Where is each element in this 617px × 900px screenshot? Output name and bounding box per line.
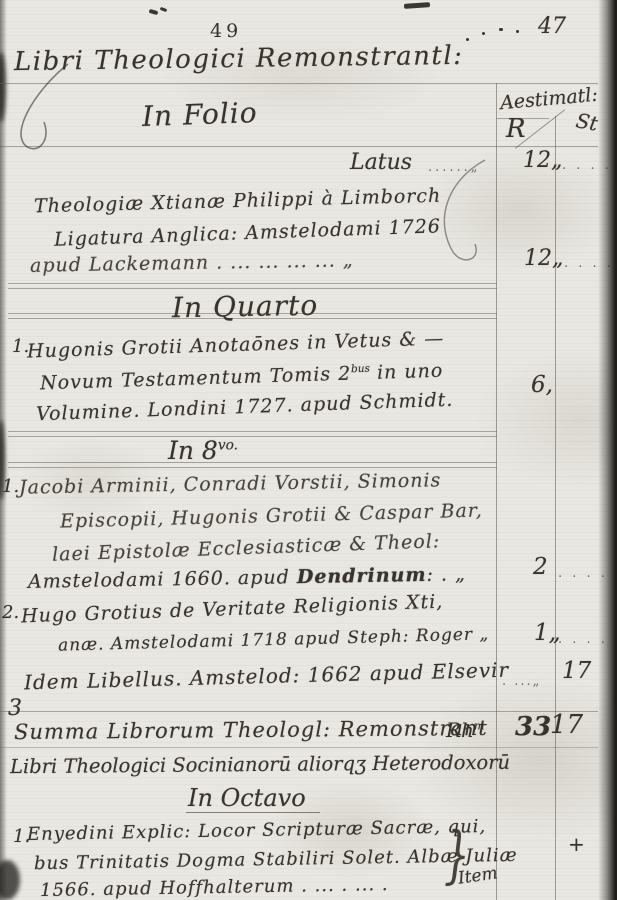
price-col-stuiver: St <box>574 108 600 135</box>
entry-trailing-dots: . . . . <box>558 566 608 581</box>
entry-line-text: Novum Testamentum Tomis 2 <box>40 363 352 395</box>
title-flourish <box>8 58 88 158</box>
scan-right-edge <box>598 0 617 900</box>
rule-above-quarto <box>8 283 497 284</box>
entry-number: 2. <box>2 602 19 623</box>
rule-above-octavo-small-2 <box>8 436 497 437</box>
pen-folio-number: 47 <box>538 14 566 39</box>
entry-number: 1. <box>2 476 19 497</box>
section-subtitle-heterodox: Libri Theologici Socinianorū aliorqʒ Het… <box>10 751 510 778</box>
entry-trailing-dots: . . . . <box>564 256 614 271</box>
publisher-name: Dendrinum <box>297 564 427 588</box>
superscript: vo. <box>218 438 238 454</box>
entry-price-r: 12„ <box>524 246 563 271</box>
entry-line: Jacobi Arminii, Conradi Vorstii, Simonis <box>19 469 442 498</box>
superscript: m <box>474 719 484 732</box>
entry-price-r: 6, <box>531 372 553 398</box>
entry-line-text: Amstelodami 1660. apud <box>28 566 297 593</box>
entry-line: Novum Testamentum Tomis 2bus in uno <box>40 360 444 395</box>
entry-line: Ligatura Anglica: Amstelodami 1726 <box>54 215 442 250</box>
scan-artifact <box>482 32 485 35</box>
entry-trailing-dots: . . . . <box>558 632 608 647</box>
scan-artifact <box>404 2 430 9</box>
scan-artifact <box>160 7 168 12</box>
summa-currency: Rhm <box>446 718 484 742</box>
entry-leader-dots: . ...„ <box>502 674 541 689</box>
entry-line: Theologiæ Xtianæ Philippi à Limborch <box>34 185 442 218</box>
entry-line: Volumine. Londini 1727. apud Schmidt. <box>36 389 454 426</box>
rule-above-quarto-2 <box>8 288 497 289</box>
entry-price-r: 2 <box>533 554 548 580</box>
entry-line-text: : . „ <box>426 563 466 586</box>
latus-price-r: 12„ <box>523 148 562 173</box>
scan-artifact <box>499 28 503 31</box>
latus-trailing-dots: . . . . <box>562 158 612 173</box>
octavo-heading-underline <box>186 812 320 813</box>
summa-price-r: 33 <box>515 712 551 742</box>
section-heading-octavo-small: In 8vo. <box>168 436 238 465</box>
entry-line: Idem Libellus. Amstelod: 1662 apud Elsev… <box>24 658 510 695</box>
entry-line: 1566. apud Hoffhalterum . ... . ... . <box>40 874 389 900</box>
entry-number: 3 <box>8 696 22 721</box>
entry-price-r: 1„ <box>534 620 561 646</box>
entry-line: Episcopii, Hugonis Grotii & Caspar Bar, <box>60 499 483 532</box>
rule-above-octavo-small <box>8 431 497 432</box>
rule-below-octavo-small <box>8 462 497 463</box>
price-column-rule <box>496 83 497 900</box>
entry-line: Hugo Grotius de Veritate Religionis Xti, <box>21 591 444 628</box>
currency-text: Rh <box>446 718 474 742</box>
section-heading-octavo: In Octavo <box>188 784 306 812</box>
entry-line: laei Epistolæ Ecclesiasticæ & Theol: <box>52 530 441 566</box>
scan-artifact <box>0 860 20 900</box>
superscript: bus <box>351 363 370 376</box>
scan-artifact <box>516 30 519 33</box>
latus-label: Latus <box>350 150 412 175</box>
section-heading-folio: In Folio <box>141 96 258 133</box>
summa-label: Summa Librorum Theologl: Remonstrant <box>14 716 488 744</box>
rule-below-summa <box>0 747 598 748</box>
entry-line: apud Lackemann . ... ... ... ... „ <box>30 249 354 277</box>
summa-price-st: 17 <box>550 710 583 740</box>
scan-artifact <box>466 38 469 41</box>
rule-below-octavo-small-2 <box>8 467 497 468</box>
heading-text: In 8 <box>168 436 218 465</box>
rule-above-summa <box>0 711 598 712</box>
entry-price-mark: + <box>568 832 585 856</box>
entry-line: Enyedini Explic: Locor Scripturæ Sacræ, … <box>27 816 487 845</box>
catchword: Item <box>457 863 499 888</box>
entry-price-st: 17 <box>562 658 591 684</box>
section-heading-quarto: In Quarto <box>172 289 319 325</box>
entry-line-text: in uno <box>370 360 444 384</box>
printed-folio-number: 49 <box>210 20 242 42</box>
manuscript-page: 49 47 Libri Theologici Remonstrantl: Aes… <box>0 0 617 900</box>
scan-artifact <box>149 9 159 15</box>
price-subcolumn-rule <box>555 116 556 900</box>
rule-under-folio-heading <box>0 146 598 147</box>
entry-line: Hugonis Grotii Anotaōnes in Vetus & — <box>27 327 445 362</box>
price-col-reichsthaler: R <box>506 114 526 144</box>
rule-under-title <box>0 83 598 84</box>
latus-flourish <box>425 152 495 272</box>
entry-line: anæ. Amstelodami 1718 apud Steph: Roger … <box>58 624 490 655</box>
entry-line: Amstelodami 1660. apud Dendrinum: . „ <box>28 563 466 593</box>
